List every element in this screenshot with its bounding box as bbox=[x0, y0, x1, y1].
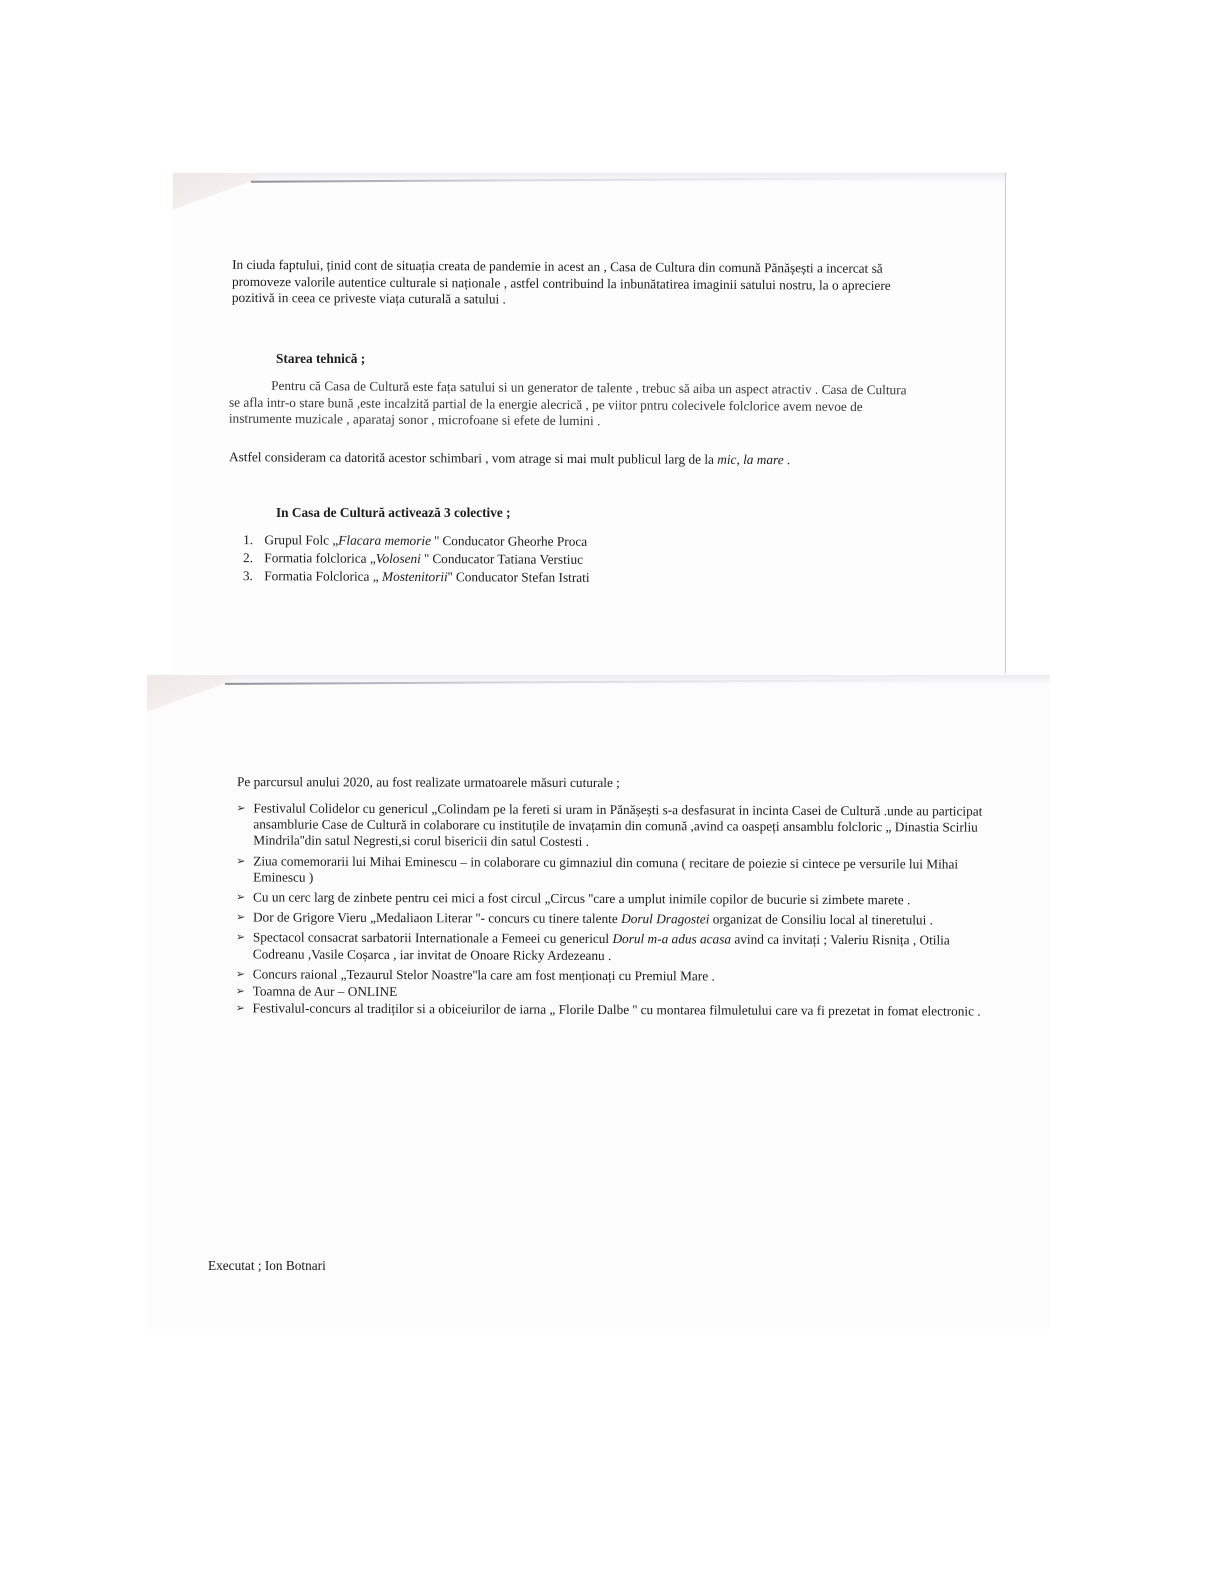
measures-list: ➢Festivalul Colidelor cu genericul „Coli… bbox=[236, 800, 987, 1024]
conclusion-italic: mic, la mare bbox=[717, 452, 783, 467]
list-item: ➢Dor de Grigore Vieru „Medaliaon Literar… bbox=[236, 910, 986, 929]
conclusion-text: Astfel consideram ca datorită acestor sc… bbox=[229, 449, 717, 467]
collective-name: Mostenitorii bbox=[382, 569, 448, 584]
item-text: Concurs raional „Tezaurul Stelor Noastre… bbox=[253, 966, 715, 983]
item-number: 3. bbox=[243, 567, 261, 585]
item-text: Festivalul Colidelor cu genericul „Colin… bbox=[253, 800, 982, 849]
list-item: ➢Concurs raional „Tezaurul Stelor Noastr… bbox=[236, 966, 986, 985]
list-item: ➢Toamna de Aur – ONLINE bbox=[236, 983, 986, 1002]
collectives-list: 1. Grupul Folc „Flacara memorie '' Condu… bbox=[243, 531, 590, 587]
item-text: Formatia Folclorica „ bbox=[264, 568, 382, 584]
arrowhead-bullet-icon: ➢ bbox=[236, 800, 245, 816]
folded-corner bbox=[173, 173, 257, 223]
list-item: ➢Festivalul-concurs al tradiților si a o… bbox=[236, 1001, 986, 1020]
item-text: Formatia folclorica „ bbox=[264, 550, 376, 566]
arrowhead-bullet-icon: ➢ bbox=[236, 930, 245, 946]
collective-name: Voloseni bbox=[376, 551, 424, 566]
item-text: Spectacol consacrat sarbatorii Internati… bbox=[253, 930, 613, 947]
item-text: '' Conducator Gheorhe Proca bbox=[431, 533, 587, 549]
item-text: Festivalul-concurs al tradiților si a ob… bbox=[253, 1001, 981, 1019]
arrowhead-bullet-icon: ➢ bbox=[236, 889, 245, 905]
folded-corner bbox=[147, 675, 231, 725]
list-item: ➢Spectacol consacrat sarbatorii Internat… bbox=[236, 930, 986, 966]
measures-intro: Pe parcursul anului 2020, au fost realiz… bbox=[237, 774, 937, 792]
intro-paragraph: In ciuda faptului, ținid cont de situați… bbox=[232, 257, 932, 311]
list-item: ➢Festivalul Colidelor cu genericul „Coli… bbox=[236, 800, 986, 852]
conclusion-end: . bbox=[784, 452, 791, 467]
item-text: Dor de Grigore Vieru „Medaliaon Literar … bbox=[253, 910, 621, 927]
item-text: Cu un cerc larg de zinbete pentru cei mi… bbox=[253, 889, 910, 907]
item-number: 2. bbox=[243, 549, 261, 567]
item-text: '' Conducator Tatiana Verstiuc bbox=[424, 551, 583, 567]
item-text: Ziua comemorarii lui Mihai Eminescu – in… bbox=[253, 853, 958, 884]
list-item: 3. Formatia Folclorica „ Mostenitorii'' … bbox=[243, 567, 590, 587]
item-text: '' Conducator Stefan Istrati bbox=[448, 569, 590, 585]
list-item: 2. Formatia folclorica „Voloseni '' Cond… bbox=[243, 549, 590, 569]
item-italic: Dorul m-a adus acasa bbox=[612, 931, 731, 947]
list-item: ➢Cu un cerc larg de zinbete pentru cei m… bbox=[236, 889, 986, 908]
signature: Executat ; Ion Botnari bbox=[208, 1258, 326, 1274]
item-number: 1. bbox=[243, 531, 261, 549]
item-text: organizat de Consiliu local al tineretul… bbox=[709, 912, 933, 928]
technical-paragraph: Pentru că Casa de Cultură este fața satu… bbox=[229, 378, 909, 432]
arrowhead-bullet-icon: ➢ bbox=[236, 910, 245, 926]
list-item: 1. Grupul Folc „Flacara memorie '' Condu… bbox=[243, 531, 590, 551]
arrowhead-bullet-icon: ➢ bbox=[236, 1001, 245, 1017]
arrowhead-bullet-icon: ➢ bbox=[236, 966, 245, 982]
item-italic: Dorul Dragostei bbox=[621, 911, 709, 926]
arrowhead-bullet-icon: ➢ bbox=[236, 983, 245, 999]
collective-name: Flacara memorie bbox=[338, 533, 431, 548]
item-text: Grupul Folc „ bbox=[264, 532, 338, 547]
item-text: Toamna de Aur – ONLINE bbox=[253, 983, 398, 999]
list-item: ➢Ziua comemorarii lui Mihai Eminescu – i… bbox=[236, 853, 986, 889]
technical-heading: Starea tehnică ; bbox=[276, 351, 365, 367]
arrowhead-bullet-icon: ➢ bbox=[236, 853, 245, 869]
collectives-heading: In Casa de Cultură activează 3 colective… bbox=[276, 505, 511, 521]
